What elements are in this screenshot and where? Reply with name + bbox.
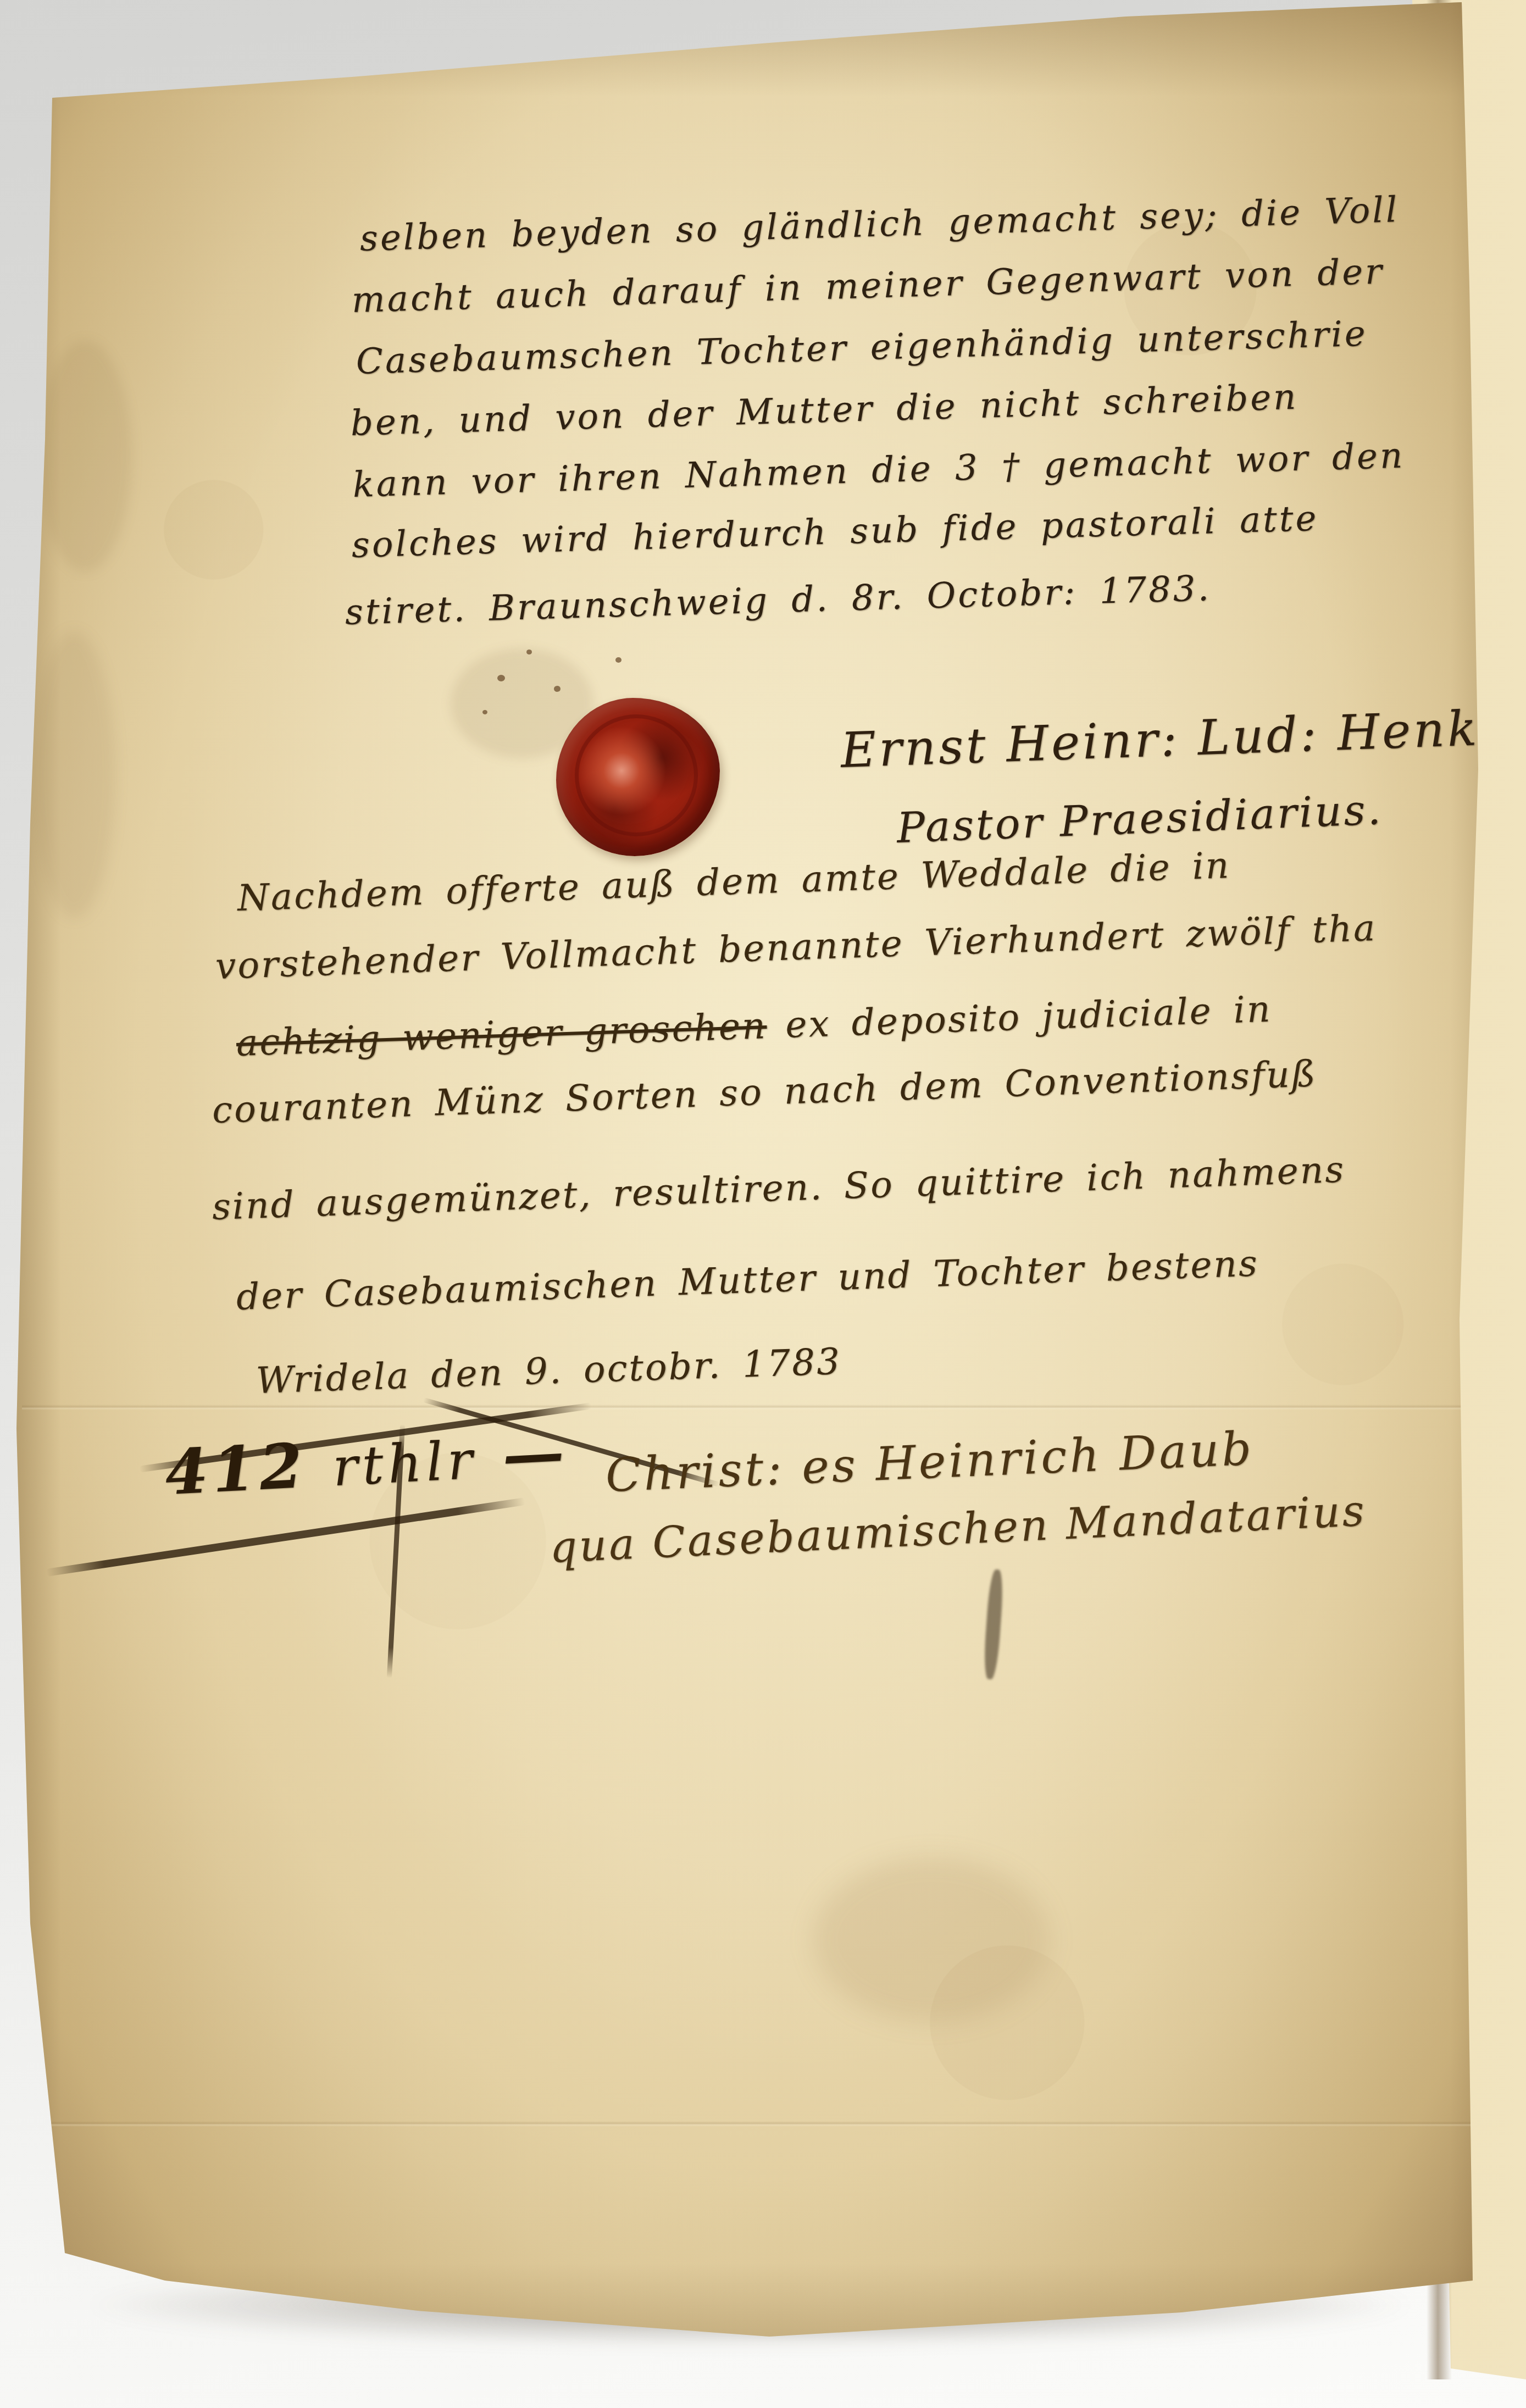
ink-speck bbox=[497, 675, 505, 681]
ink-speck bbox=[554, 686, 561, 692]
horizontal-crease bbox=[22, 1405, 1477, 1410]
ink-speck bbox=[615, 657, 622, 663]
paper-stain bbox=[813, 1857, 1050, 2022]
manuscript-page: selben beyden so gländlich gemacht sey; … bbox=[0, 0, 1526, 2408]
amount-value: 412 bbox=[163, 1430, 308, 1509]
seal-impression-ring bbox=[575, 714, 698, 836]
bleed-through-stain bbox=[33, 632, 115, 918]
ink-speck bbox=[526, 650, 532, 654]
horizontal-crease bbox=[22, 2121, 1477, 2127]
bleed-through-stain bbox=[38, 341, 132, 572]
photograph-of-manuscript: selben beyden so gländlich gemacht sey; … bbox=[0, 0, 1526, 2408]
ink-speck bbox=[482, 710, 487, 714]
